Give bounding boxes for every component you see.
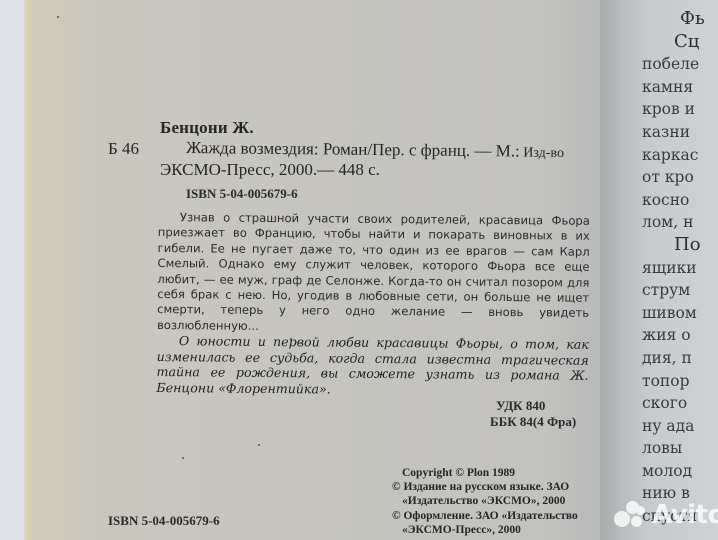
bbk-code: ББК 84(4 Фра) bbox=[490, 414, 576, 430]
bibliographic-title: Жажда возмездия: Роман/Пер. с франц. — М… bbox=[186, 138, 520, 160]
right-page-line: жия о bbox=[642, 324, 718, 347]
right-page-text: Фь Сц побеле камня кров и казни каркас о… bbox=[642, 8, 718, 528]
udk-code: УДК 840 bbox=[496, 398, 545, 414]
annotation-italic-paragraph: О юности и первой любви красавицы Фьоры,… bbox=[156, 333, 589, 399]
isbn-bottom: ISBN 5-04-005679-6 bbox=[108, 513, 220, 529]
author-name: Бенцони Ж. bbox=[160, 118, 254, 138]
classification-code: Б 46 bbox=[108, 139, 139, 159]
right-page-line: ловы bbox=[642, 437, 718, 460]
right-page-line: шивом bbox=[642, 302, 718, 325]
right-page-line: молод bbox=[642, 460, 718, 483]
right-page-line: дия, п bbox=[642, 347, 718, 370]
right-page-line: Фь bbox=[642, 8, 718, 31]
book-annotation: Узнав о страшной участи своих родителей,… bbox=[156, 210, 590, 399]
right-page-line: Сц bbox=[642, 31, 718, 54]
right-page-line: от кро bbox=[642, 166, 718, 189]
bibliographic-publisher-line: ЭКСМО-Пресс, 2000.— 448 с. bbox=[160, 160, 380, 180]
right-page-line: кров и bbox=[642, 98, 718, 121]
isbn-top: ISBN 5-04-005679-6 bbox=[186, 186, 298, 202]
right-page-line: каркас bbox=[642, 144, 718, 167]
copyright-line: «ЭКСМО-Пресс», 2000 bbox=[392, 523, 578, 537]
right-page-line: косно bbox=[642, 189, 718, 212]
book-photo: Бенцони Ж. Б 46 Жажда возмездия: Роман/П… bbox=[0, 0, 718, 540]
right-page-line: струм bbox=[642, 279, 718, 302]
right-page-line: топор bbox=[642, 370, 718, 393]
right-page-line: камня bbox=[642, 76, 718, 99]
right-page-line: ну ада bbox=[642, 415, 718, 438]
avito-wordmark: Avito bbox=[652, 500, 718, 530]
right-page-line: лом, н bbox=[642, 211, 718, 234]
right-page-line: ского bbox=[642, 392, 718, 415]
copyright-line: Copyright © Plon 1989 bbox=[392, 466, 578, 480]
bibliographic-title-line: Жажда возмездия: Роман/Пер. с франц. — М… bbox=[186, 138, 564, 162]
copyright-line: «Издательство «ЭКСМО», 2000 bbox=[392, 494, 578, 508]
avito-dots-icon bbox=[614, 501, 648, 529]
annotation-paragraph: Узнав о страшной участи своих родителей,… bbox=[157, 210, 590, 337]
right-page-line: побеле bbox=[642, 53, 718, 76]
bibliographic-publisher-abbrev: Изд-во bbox=[520, 145, 564, 160]
right-page-line: казни bbox=[642, 121, 718, 144]
copyright-line: © Оформление. ЗАО «Издательство bbox=[392, 509, 578, 523]
avito-watermark: Avito bbox=[614, 500, 718, 530]
copyright-block: Copyright © Plon 1989 © Издание на русск… bbox=[392, 466, 578, 537]
copyright-line: © Издание на русском языке. ЗАО bbox=[392, 480, 578, 494]
right-page-line: ящики bbox=[642, 257, 718, 280]
right-page-line: По bbox=[642, 234, 718, 257]
